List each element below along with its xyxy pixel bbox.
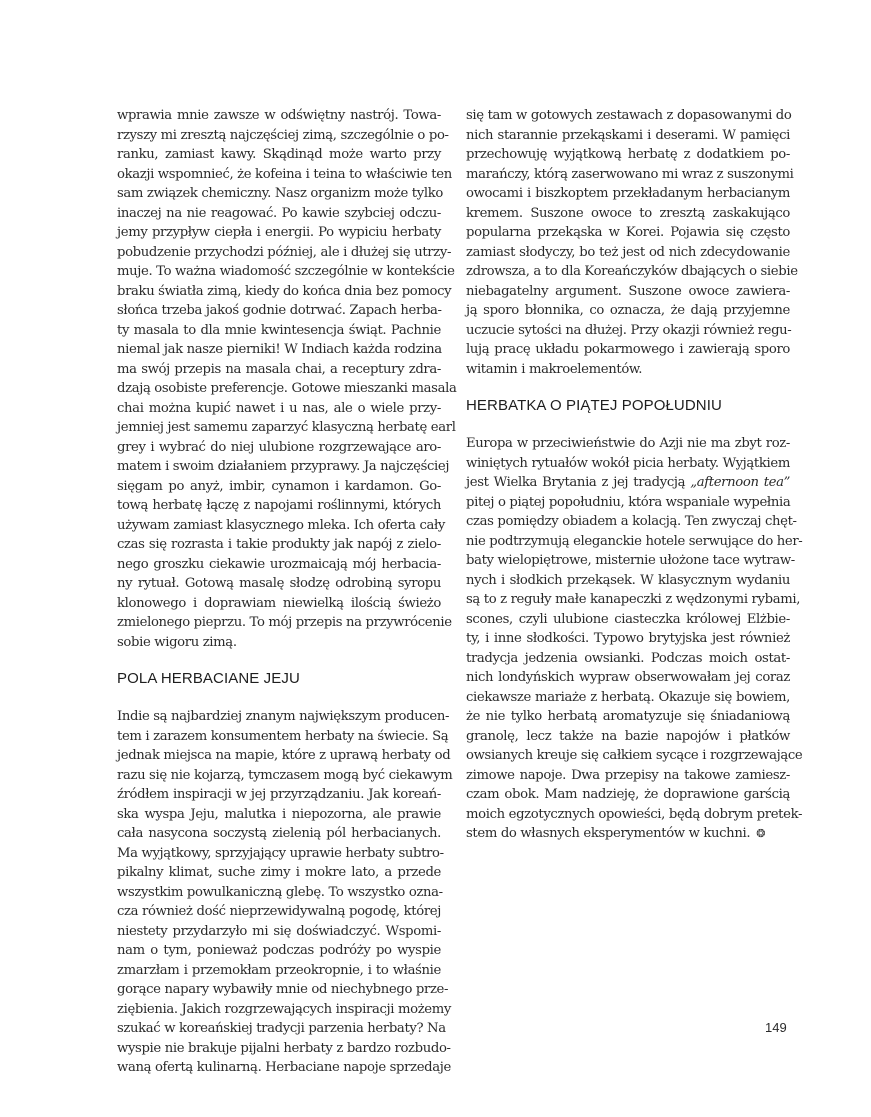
text-line: niemal jak nasze pierniki! W Indiach każ… bbox=[117, 340, 441, 360]
document-page: wprawia mnie zawsze w odświętny nastrój.… bbox=[0, 0, 871, 1117]
text-line: przechowuję wyjątkową herbatę z dodatkie… bbox=[466, 145, 790, 165]
text-line: okazji wspomnieć, że kofeina i teina to … bbox=[117, 165, 441, 185]
text-line: ma swój przepis na masala chai, a recept… bbox=[117, 360, 441, 380]
paragraph-masala: wprawia mnie zawsze w odświętny nastrój.… bbox=[117, 106, 441, 652]
text-line: Indie są najbardziej znanym największym … bbox=[117, 707, 441, 727]
section-heading-afternoon-tea: HERBATKA O PIĄTEJ POPOŁUDNIU bbox=[466, 396, 790, 416]
text-line: wprawia mnie zawsze w odświętny nastrój.… bbox=[117, 106, 441, 126]
text-line: waną ofertą kulinarną. Herbaciane napoje… bbox=[117, 1058, 441, 1078]
text-line: jemy przypływ ciepła i energii. Po wypic… bbox=[117, 223, 441, 243]
text-line: źródłem inspiracji w jej przyrządzaniu. … bbox=[117, 785, 441, 805]
text-line: czas się rozrasta i takie produkty jak n… bbox=[117, 535, 441, 555]
text-line: czam obok. Mam nadzieję, że doprawione g… bbox=[466, 785, 790, 805]
text-line: zmarzłam i przemokłam przeokropnie, i to… bbox=[117, 961, 441, 981]
text-line: czas pomiędzy obiadem a kolacją. Ten zwy… bbox=[466, 512, 790, 532]
text-line: nie podtrzymują eleganckie hotele serwuj… bbox=[466, 532, 790, 552]
text-line: niebagatelny argument. Suszone owoce zaw… bbox=[466, 282, 790, 302]
text-line: owsianych kreuje się całkiem sycące i ro… bbox=[466, 746, 790, 766]
text-line: że nie tylko herbatą aromatyzuje się śni… bbox=[466, 707, 790, 727]
text-line: pikalny klimat, suche zimy i mokre lato,… bbox=[117, 863, 441, 883]
text-line: są to z reguły małe kanapeczki z wędzony… bbox=[466, 590, 790, 610]
text-line: ranku, zamiast kawy. Skądinąd może warto… bbox=[117, 145, 441, 165]
page-number: 149 bbox=[765, 1020, 787, 1035]
text-line: jednak miejsca na mapie, które z uprawą … bbox=[117, 746, 441, 766]
text-line: ty masala to dla mnie kwintesencja świąt… bbox=[117, 321, 441, 341]
text-line: braku światła zimą, kiedy do końca dnia … bbox=[117, 282, 441, 302]
text-line: winiętych rytuałów wokół picia herbaty. … bbox=[466, 454, 790, 474]
text-line: moich egzotycznych opowieści, będą dobry… bbox=[466, 805, 790, 825]
text-line: klonowego i doprawiam niewielką ilością … bbox=[117, 594, 441, 614]
text-line: ją sporo błonnika, co oznacza, że dają p… bbox=[466, 301, 790, 321]
text-line: rzyszy mi zresztą najczęściej zimą, szcz… bbox=[117, 126, 441, 146]
paragraph-afternoon-tea: Europa w przeciwieństwie do Azji nie ma … bbox=[466, 434, 790, 844]
text-line: razu się nie kojarzą, tymczasem mogą być… bbox=[117, 766, 441, 786]
text-line: sobie wigoru zimą. bbox=[117, 633, 441, 653]
text-line: nam o tym, ponieważ podczas podróży po w… bbox=[117, 941, 441, 961]
section-heading-jeju: POLA HERBACIANE JEJU bbox=[117, 669, 441, 689]
text-line: marańczy, którą zaserwowano mi wraz z su… bbox=[466, 165, 790, 185]
left-column: wprawia mnie zawsze w odświętny nastrój.… bbox=[117, 106, 441, 1078]
text-line: pobudzenie przychodzi później, ale i dłu… bbox=[117, 243, 441, 263]
italic-phrase-afternoon-tea: „afternoon tea” bbox=[690, 475, 790, 490]
text-line: Ma wyjątkowy, sprzyjający uprawie herbat… bbox=[117, 844, 441, 864]
text-line: popularna przekąska w Korei. Pojawia się… bbox=[466, 223, 790, 243]
text-line: jest Wielka Brytania z jej tradycją „aft… bbox=[466, 473, 790, 493]
text-line: się tam w gotowych zestawach z dopasowan… bbox=[466, 106, 790, 126]
text-line: szukać w koreańskiej tradycji parzenia h… bbox=[117, 1019, 441, 1039]
text-line: granolę, lecz także na bazie napojów i p… bbox=[466, 727, 790, 747]
text-line: Europa w przeciwieństwie do Azji nie ma … bbox=[466, 434, 790, 454]
text-span: stem do własnych eksperymentów w kuchni. bbox=[466, 826, 750, 841]
paragraph-korea-snacks: się tam w gotowych zestawach z dopasowan… bbox=[466, 106, 790, 379]
text-line: stem do własnych eksperymentów w kuchni.… bbox=[466, 824, 790, 844]
text-line: matem i swoim działaniem przyprawy. Ja n… bbox=[117, 457, 441, 477]
text-line: nich londyńskich wypraw obserwowałam jej… bbox=[466, 668, 790, 688]
text-line: chai można kupić nawet i u nas, ale o wi… bbox=[117, 399, 441, 419]
paragraph-jeju: Indie są najbardziej znanym największym … bbox=[117, 707, 441, 1078]
text-line: dzają osobiste preferencje. Gotowe miesz… bbox=[117, 379, 441, 399]
text-line: ska wyspa Jeju, malutka i niepozorna, al… bbox=[117, 805, 441, 825]
end-of-article-icon: ❂ bbox=[756, 824, 765, 844]
text-line: sam związek chemiczny. Nasz organizm moż… bbox=[117, 184, 441, 204]
text-line: cza również dość nieprzewidywalną pogodę… bbox=[117, 902, 441, 922]
text-line: inaczej na nie reagować. Po kawie szybci… bbox=[117, 204, 441, 224]
text-line: lują pracę układu pokarmowego i zawieraj… bbox=[466, 340, 790, 360]
text-span: jest Wielka Brytania z jej tradycją bbox=[466, 475, 690, 490]
text-line: wszystkim powulkaniczną glebę. To wszyst… bbox=[117, 883, 441, 903]
text-line: słońca trzeba jakoś godnie dotrwać. Zapa… bbox=[117, 301, 441, 321]
text-line: scones, czyli ulubione ciasteczka królow… bbox=[466, 610, 790, 630]
text-line: używam zamiast klasycznego mleka. Ich of… bbox=[117, 516, 441, 536]
text-line: witamin i makroelementów. bbox=[466, 360, 790, 380]
text-line: uczucie sytości na dłużej. Przy okazji r… bbox=[466, 321, 790, 341]
text-line: sięgam po anyż, imbir, cynamon i kardamo… bbox=[117, 477, 441, 497]
text-line: ny rytuał. Gotową masalę słodzę odrobiną… bbox=[117, 574, 441, 594]
text-line: baty wielopiętrowe, misternie ułożone ta… bbox=[466, 551, 790, 571]
text-line: zamiast słodyczy, bo też jest od nich zd… bbox=[466, 243, 790, 263]
text-line: wyspie nie brakuje pijalni herbaty z bar… bbox=[117, 1039, 441, 1059]
text-line: pitej o piątej popołudniu, która wspania… bbox=[466, 493, 790, 513]
text-line: tem i zarazem konsumentem herbaty na świ… bbox=[117, 727, 441, 747]
text-line: owocami i biszkoptem przekładanym herbac… bbox=[466, 184, 790, 204]
text-line: zdrowsza, a to dla Koreańczyków dbającyc… bbox=[466, 262, 790, 282]
text-line: cała nasycona soczystą zielenią pól herb… bbox=[117, 824, 441, 844]
text-line: kremem. Suszone owoce to zresztą zaskaku… bbox=[466, 204, 790, 224]
text-line: jemniej jest samemu zaparzyć klasyczną h… bbox=[117, 418, 441, 438]
text-line: zmielonego pieprzu. To mój przepis na pr… bbox=[117, 613, 441, 633]
right-column: się tam w gotowych zestawach z dopasowan… bbox=[466, 106, 790, 844]
text-line: ciekawsze mariaże z herbatą. Okazuje się… bbox=[466, 688, 790, 708]
text-line: nich starannie przekąskami i deserami. W… bbox=[466, 126, 790, 146]
text-line: niestety przydarzyło mi się doświadczyć.… bbox=[117, 922, 441, 942]
text-line: zimowe napoje. Dwa przepisy na takowe za… bbox=[466, 766, 790, 786]
text-line: grey i wybrać do niej ulubione rozgrzewa… bbox=[117, 438, 441, 458]
text-line: tradycja jedzenia owsianki. Podczas moic… bbox=[466, 649, 790, 669]
text-line: nych i słodkich przekąsek. W klasycznym … bbox=[466, 571, 790, 591]
text-line: muje. To ważna wiadomość szczególnie w k… bbox=[117, 262, 441, 282]
text-line: gorące napary wybawiły mnie od niechybne… bbox=[117, 980, 441, 1000]
text-line: nego groszku ciekawie urozmaicają mój he… bbox=[117, 555, 441, 575]
text-line: tową herbatę łączę z napojami roślinnymi… bbox=[117, 496, 441, 516]
text-line: ty, i inne słodkości. Typowo brytyjska j… bbox=[466, 629, 790, 649]
text-line: ziębienia. Jakich rozgrzewających inspir… bbox=[117, 1000, 441, 1020]
